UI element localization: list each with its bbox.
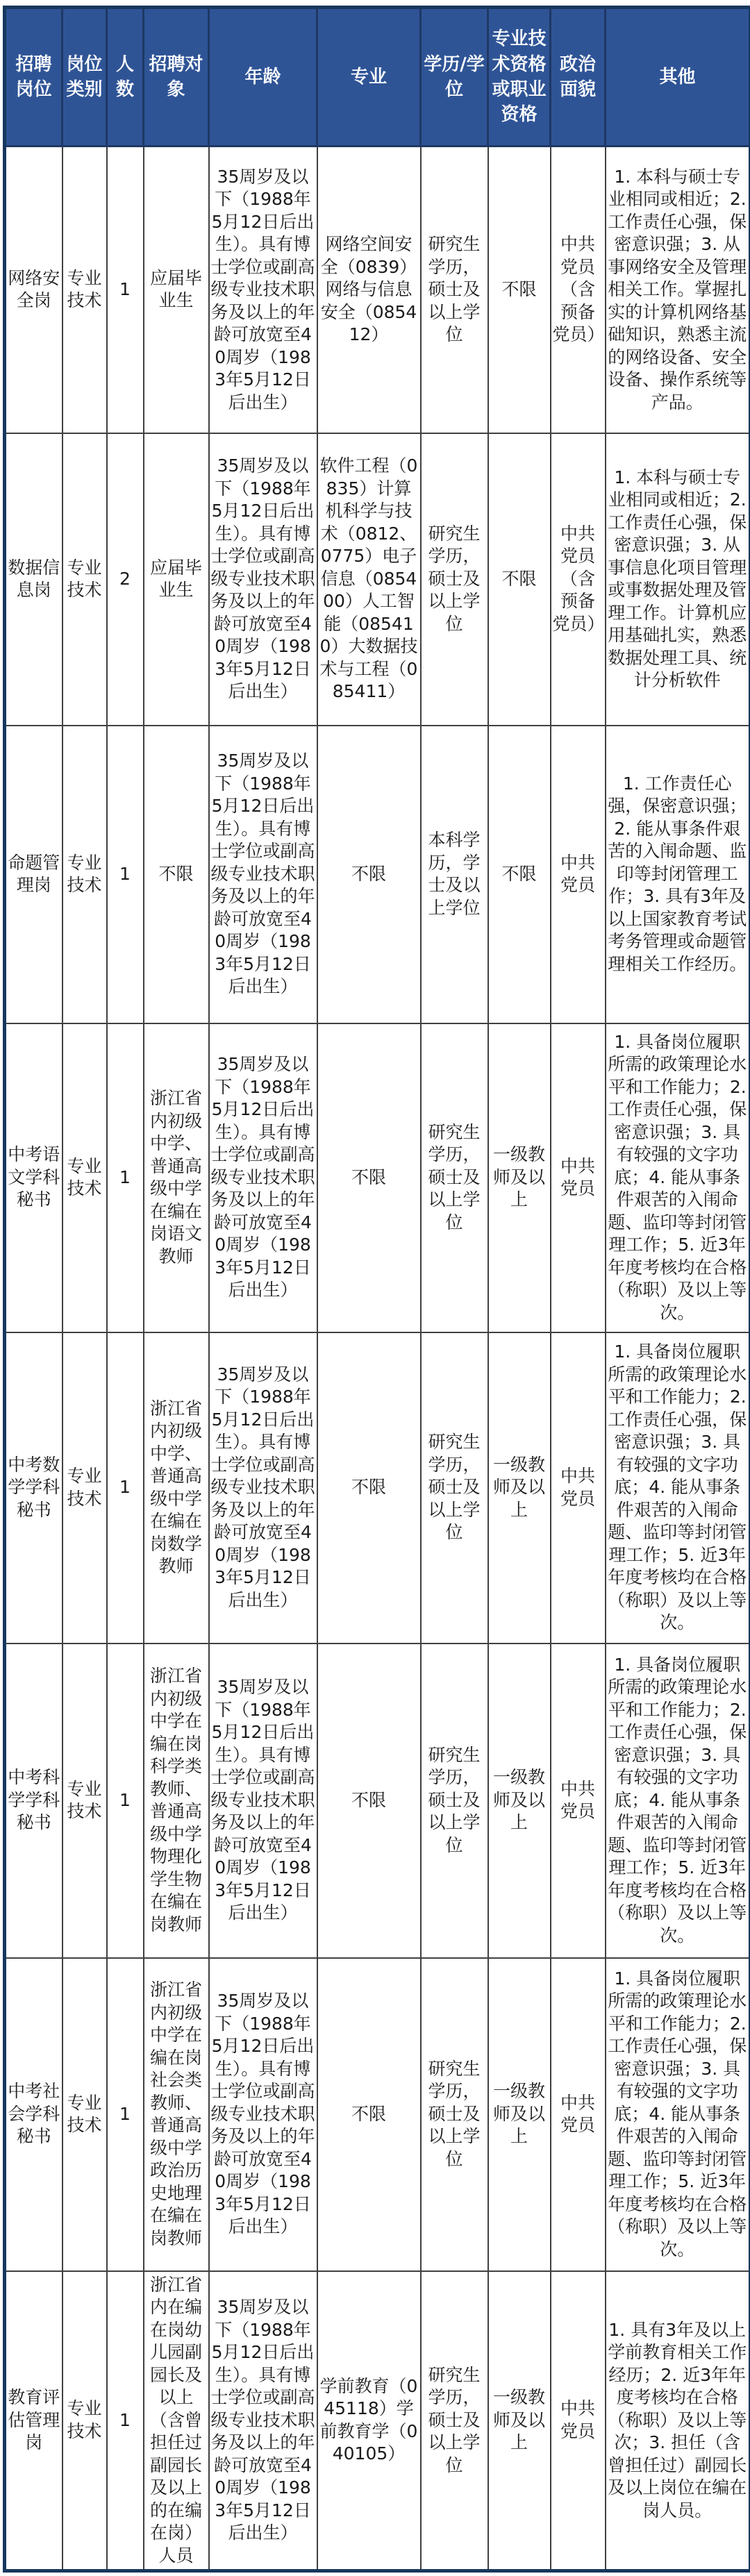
cell-category: 专业技术 <box>62 1023 107 1332</box>
cell-major: 网络空间安全（0839）网络与信息安全（085412） <box>317 147 421 433</box>
cell-category: 专业技术 <box>62 1644 107 1958</box>
cell-political: 中共党员 <box>551 1332 606 1644</box>
cell-age: 35周岁及以下（1988年5月12日后出生）。具有博士学位或副高级专业技术职务及… <box>209 1958 317 2271</box>
header-qualification: 专业技术资格或职业资格 <box>488 8 551 147</box>
table-row: 命题管理岗 专业技术 1 不限 35周岁及以下（1988年5月12日后出生）。具… <box>5 726 750 1023</box>
cell-position: 中考语文学科秘书 <box>5 1023 62 1332</box>
cell-other: 1. 本科与硕士专业相同或相近；2. 工作责任心强，保密意识强；3. 从事网络安… <box>606 147 750 433</box>
cell-target: 浙江省内初级中学在编在岗社会类教师、普通高级中学政治历史地理在编在岗教师 <box>144 1958 209 2271</box>
cell-qualification: 不限 <box>488 726 551 1023</box>
cell-qualification: 不限 <box>488 433 551 726</box>
cell-education: 研究生学历，硕士及以上学位 <box>421 2271 488 2571</box>
cell-position: 中考社会学科秘书 <box>5 1958 62 2271</box>
cell-position: 中考科学学科秘书 <box>5 1644 62 1958</box>
cell-position: 中考数学学科秘书 <box>5 1332 62 1644</box>
table-header-row: 招聘岗位 岗位类别 人数 招聘对象 年龄 专业 学历/学位 专业技术资格或职业资… <box>5 8 750 147</box>
cell-count: 2 <box>107 433 144 726</box>
cell-education: 研究生学历，硕士及以上学位 <box>421 1023 488 1332</box>
cell-count: 1 <box>107 2271 144 2571</box>
cell-political: 中共党员 <box>551 1958 606 2271</box>
cell-other: 1. 具备岗位履职所需的政策理论水平和工作能力；2. 工作责任心强，保密意识强；… <box>606 1023 750 1332</box>
cell-other: 1. 工作责任心强，保密意识强；2. 能从事条件艰苦的入闱命题、监印等封闭管理工… <box>606 726 750 1023</box>
cell-target: 浙江省内初级中学在编在岗科学类教师、普通高级中学物理化学生物在编在岗教师 <box>144 1644 209 1958</box>
cell-position: 命题管理岗 <box>5 726 62 1023</box>
cell-education: 本科学历，学士及以上学位 <box>421 726 488 1023</box>
cell-qualification: 不限 <box>488 147 551 433</box>
cell-political: 中共党员（含预备党员） <box>551 147 606 433</box>
cell-age: 35周岁及以下（1988年5月12日后出生）。具有博士学位或副高级专业技术职务及… <box>209 147 317 433</box>
table-row: 网络安全岗 专业技术 1 应届毕业生 35周岁及以下（1988年5月12日后出生… <box>5 147 750 433</box>
cell-education: 研究生学历，硕士及以上学位 <box>421 147 488 433</box>
cell-position: 教育评估管理岗 <box>5 2271 62 2571</box>
cell-major: 学前教育（045118）学前教育学（040105） <box>317 2271 421 2571</box>
cell-age: 35周岁及以下（1988年5月12日后出生）。具有博士学位或副高级专业技术职务及… <box>209 1023 317 1332</box>
table-row: 数据信息岗 专业技术 2 应届毕业生 35周岁及以下（1988年5月12日后出生… <box>5 433 750 726</box>
table-row: 中考语文学科秘书 专业技术 1 浙江省内初级中学、普通高级中学在编在岗语文教师 … <box>5 1023 750 1332</box>
cell-education: 研究生学历，硕士及以上学位 <box>421 433 488 726</box>
cell-other: 1. 具备岗位履职所需的政策理论水平和工作能力；2. 工作责任心强，保密意识强；… <box>606 1332 750 1644</box>
cell-target: 不限 <box>144 726 209 1023</box>
header-category: 岗位类别 <box>62 8 107 147</box>
cell-other: 1. 具备岗位履职所需的政策理论水平和工作能力；2. 工作责任心强，保密意识强；… <box>606 1958 750 2271</box>
cell-age: 35周岁及以下（1988年5月12日后出生）。具有博士学位或副高级专业技术职务及… <box>209 1644 317 1958</box>
header-count: 人数 <box>107 8 144 147</box>
cell-major: 不限 <box>317 1958 421 2271</box>
cell-target: 应届毕业生 <box>144 147 209 433</box>
cell-other: 1. 本科与硕士专业相同或相近；2. 工作责任心强，保密意识强；3. 从事信息化… <box>606 433 750 726</box>
cell-qualification: 一级教师及以上 <box>488 1644 551 1958</box>
cell-target: 应届毕业生 <box>144 433 209 726</box>
cell-major: 不限 <box>317 1644 421 1958</box>
cell-qualification: 一级教师及以上 <box>488 1023 551 1332</box>
cell-qualification: 一级教师及以上 <box>488 2271 551 2571</box>
cell-major: 不限 <box>317 1023 421 1332</box>
cell-political: 中共党员 <box>551 2271 606 2571</box>
cell-target: 浙江省内初级中学、普通高级中学在编在岗语文教师 <box>144 1023 209 1332</box>
cell-political: 中共党员 <box>551 1644 606 1958</box>
cell-category: 专业技术 <box>62 726 107 1023</box>
header-other: 其他 <box>606 8 750 147</box>
cell-education: 研究生学历，硕士及以上学位 <box>421 1958 488 2271</box>
table-row: 中考科学学科秘书 专业技术 1 浙江省内初级中学在编在岗科学类教师、普通高级中学… <box>5 1644 750 1958</box>
cell-major: 不限 <box>317 726 421 1023</box>
cell-age: 35周岁及以下（1988年5月12日后出生）。具有博士学位或副高级专业技术职务及… <box>209 433 317 726</box>
recruitment-table-page: 招聘岗位 岗位类别 人数 招聘对象 年龄 专业 学历/学位 专业技术资格或职业资… <box>0 0 750 2576</box>
cell-count: 1 <box>107 1958 144 2271</box>
cell-category: 专业技术 <box>62 1332 107 1644</box>
cell-political: 中共党员 <box>551 1023 606 1332</box>
table-row: 教育评估管理岗 专业技术 1 浙江省内在编在岗幼儿园副园长及以上（含曾担任过副园… <box>5 2271 750 2571</box>
cell-count: 1 <box>107 1332 144 1644</box>
cell-position: 数据信息岗 <box>5 433 62 726</box>
cell-count: 1 <box>107 1023 144 1332</box>
cell-qualification: 一级教师及以上 <box>488 1958 551 2271</box>
cell-education: 研究生学历，硕士及以上学位 <box>421 1332 488 1644</box>
header-major: 专业 <box>317 8 421 147</box>
table-row: 中考社会学科秘书 专业技术 1 浙江省内初级中学在编在岗社会类教师、普通高级中学… <box>5 1958 750 2271</box>
cell-count: 1 <box>107 147 144 433</box>
cell-qualification: 一级教师及以上 <box>488 1332 551 1644</box>
cell-age: 35周岁及以下（1988年5月12日后出生）。具有博士学位或副高级专业技术职务及… <box>209 1332 317 1644</box>
header-position: 招聘岗位 <box>5 8 62 147</box>
cell-target: 浙江省内在编在岗幼儿园副园长及以上（含曾担任过副园长及以上的在编在岗）人员 <box>144 2271 209 2571</box>
cell-count: 1 <box>107 726 144 1023</box>
cell-target: 浙江省内初级中学、普通高级中学在编在岗数学教师 <box>144 1332 209 1644</box>
cell-major: 软件工程（0835）计算机科学与技术（0812、0775）电子信息（085400… <box>317 433 421 726</box>
header-education: 学历/学位 <box>421 8 488 147</box>
cell-major: 不限 <box>317 1332 421 1644</box>
cell-position: 网络安全岗 <box>5 147 62 433</box>
table-row: 中考数学学科秘书 专业技术 1 浙江省内初级中学、普通高级中学在编在岗数学教师 … <box>5 1332 750 1644</box>
recruitment-table: 招聘岗位 岗位类别 人数 招聘对象 年龄 专业 学历/学位 专业技术资格或职业资… <box>3 6 750 2573</box>
cell-political: 中共党员（含预备党员） <box>551 433 606 726</box>
header-target: 招聘对象 <box>144 8 209 147</box>
cell-category: 专业技术 <box>62 433 107 726</box>
cell-age: 35周岁及以下（1988年5月12日后出生）。具有博士学位或副高级专业技术职务及… <box>209 2271 317 2571</box>
cell-other: 1. 具有3年及以上学前教育相关工作经历；2. 近3年年度考核均在合格（称职）及… <box>606 2271 750 2571</box>
cell-category: 专业技术 <box>62 147 107 433</box>
cell-other: 1. 具备岗位履职所需的政策理论水平和工作能力；2. 工作责任心强，保密意识强；… <box>606 1644 750 1958</box>
cell-category: 专业技术 <box>62 2271 107 2571</box>
header-age: 年龄 <box>209 8 317 147</box>
table-body: 网络安全岗 专业技术 1 应届毕业生 35周岁及以下（1988年5月12日后出生… <box>5 147 750 2571</box>
cell-count: 1 <box>107 1644 144 1958</box>
cell-education: 研究生学历，硕士及以上学位 <box>421 1644 488 1958</box>
cell-political: 中共党员 <box>551 726 606 1023</box>
cell-category: 专业技术 <box>62 1958 107 2271</box>
cell-age: 35周岁及以下（1988年5月12日后出生）。具有博士学位或副高级专业技术职务及… <box>209 726 317 1023</box>
header-political: 政治面貌 <box>551 8 606 147</box>
